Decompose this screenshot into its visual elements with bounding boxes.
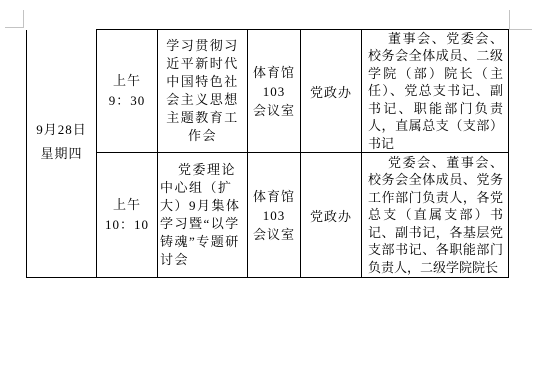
organizer-label-row2: 党政办 (301, 206, 361, 225)
time-cell-row2: 上午 10：10 (97, 153, 158, 278)
meeting-title-row1: 学习贯彻习 近平新时代 中国特色社 会主义思想 主题教育工 作会 (158, 37, 247, 145)
margin-mark-topleft-vertical-icon (23, 10, 24, 28)
time-label-row1: 上午 9：30 (97, 71, 157, 111)
margin-mark-topright-horizontal-icon (509, 29, 532, 30)
time-cell-row1: 上午 9：30 (97, 30, 158, 153)
organizer-label-row1: 党政办 (301, 82, 361, 101)
venue-cell-row1: 体育馆 103 会议室 (248, 30, 301, 153)
venue-label-row1: 体育馆 103 会议室 (248, 63, 300, 120)
schedule-row-1: 9月28日 星期四 上午 9：30 学习贯彻习 近平新时代 中国特色社 会主义思… (27, 30, 509, 153)
time-label-row2: 上午 10：10 (97, 195, 157, 235)
margin-mark-topright-vertical-icon (509, 10, 510, 29)
meeting-title-row2: 党委理论 中心组（扩 大）9月集体 学习暨“以学 铸魂”专题研 讨会 (158, 161, 247, 269)
margin-mark-topleft-horizontal-icon (5, 27, 24, 28)
date-cell: 9月28日 星期四 (27, 30, 97, 278)
meeting-schedule-table: 9月28日 星期四 上午 9：30 学习贯彻习 近平新时代 中国特色社 会主义思… (26, 29, 509, 278)
attendees-text-row1: 董事会、党委会、校务会全体成员、二级学院（部）院长（主任）、党总支书记、副书记、… (362, 30, 508, 152)
venue-cell-row2: 体育馆 103 会议室 (248, 153, 301, 278)
date-label: 9月28日 星期四 (27, 118, 96, 188)
organizer-cell-row1: 党政办 (301, 30, 362, 153)
meeting-title-cell-row1: 学习贯彻习 近平新时代 中国特色社 会主义思想 主题教育工 作会 (158, 30, 248, 153)
attendees-cell-row2: 党委会、董事会、校务会全体成员、党务工作部门负责人，各党总支（直属支部）书记、副… (362, 153, 509, 278)
schedule-row-2: 上午 10：10 党委理论 中心组（扩 大）9月集体 学习暨“以学 铸魂”专题研… (27, 153, 509, 278)
venue-label-row2: 体育馆 103 会议室 (248, 187, 300, 244)
attendees-cell-row1: 董事会、党委会、校务会全体成员、二级学院（部）院长（主任）、党总支书记、副书记、… (362, 30, 509, 153)
document-page: 9月28日 星期四 上午 9：30 学习贯彻习 近平新时代 中国特色社 会主义思… (0, 0, 536, 384)
attendees-text-row2: 党委会、董事会、校务会全体成员、党务工作部门负责人，各党总支（直属支部）书记、副… (362, 154, 508, 276)
meeting-title-cell-row2: 党委理论 中心组（扩 大）9月集体 学习暨“以学 铸魂”专题研 讨会 (158, 153, 248, 278)
organizer-cell-row2: 党政办 (301, 153, 362, 278)
